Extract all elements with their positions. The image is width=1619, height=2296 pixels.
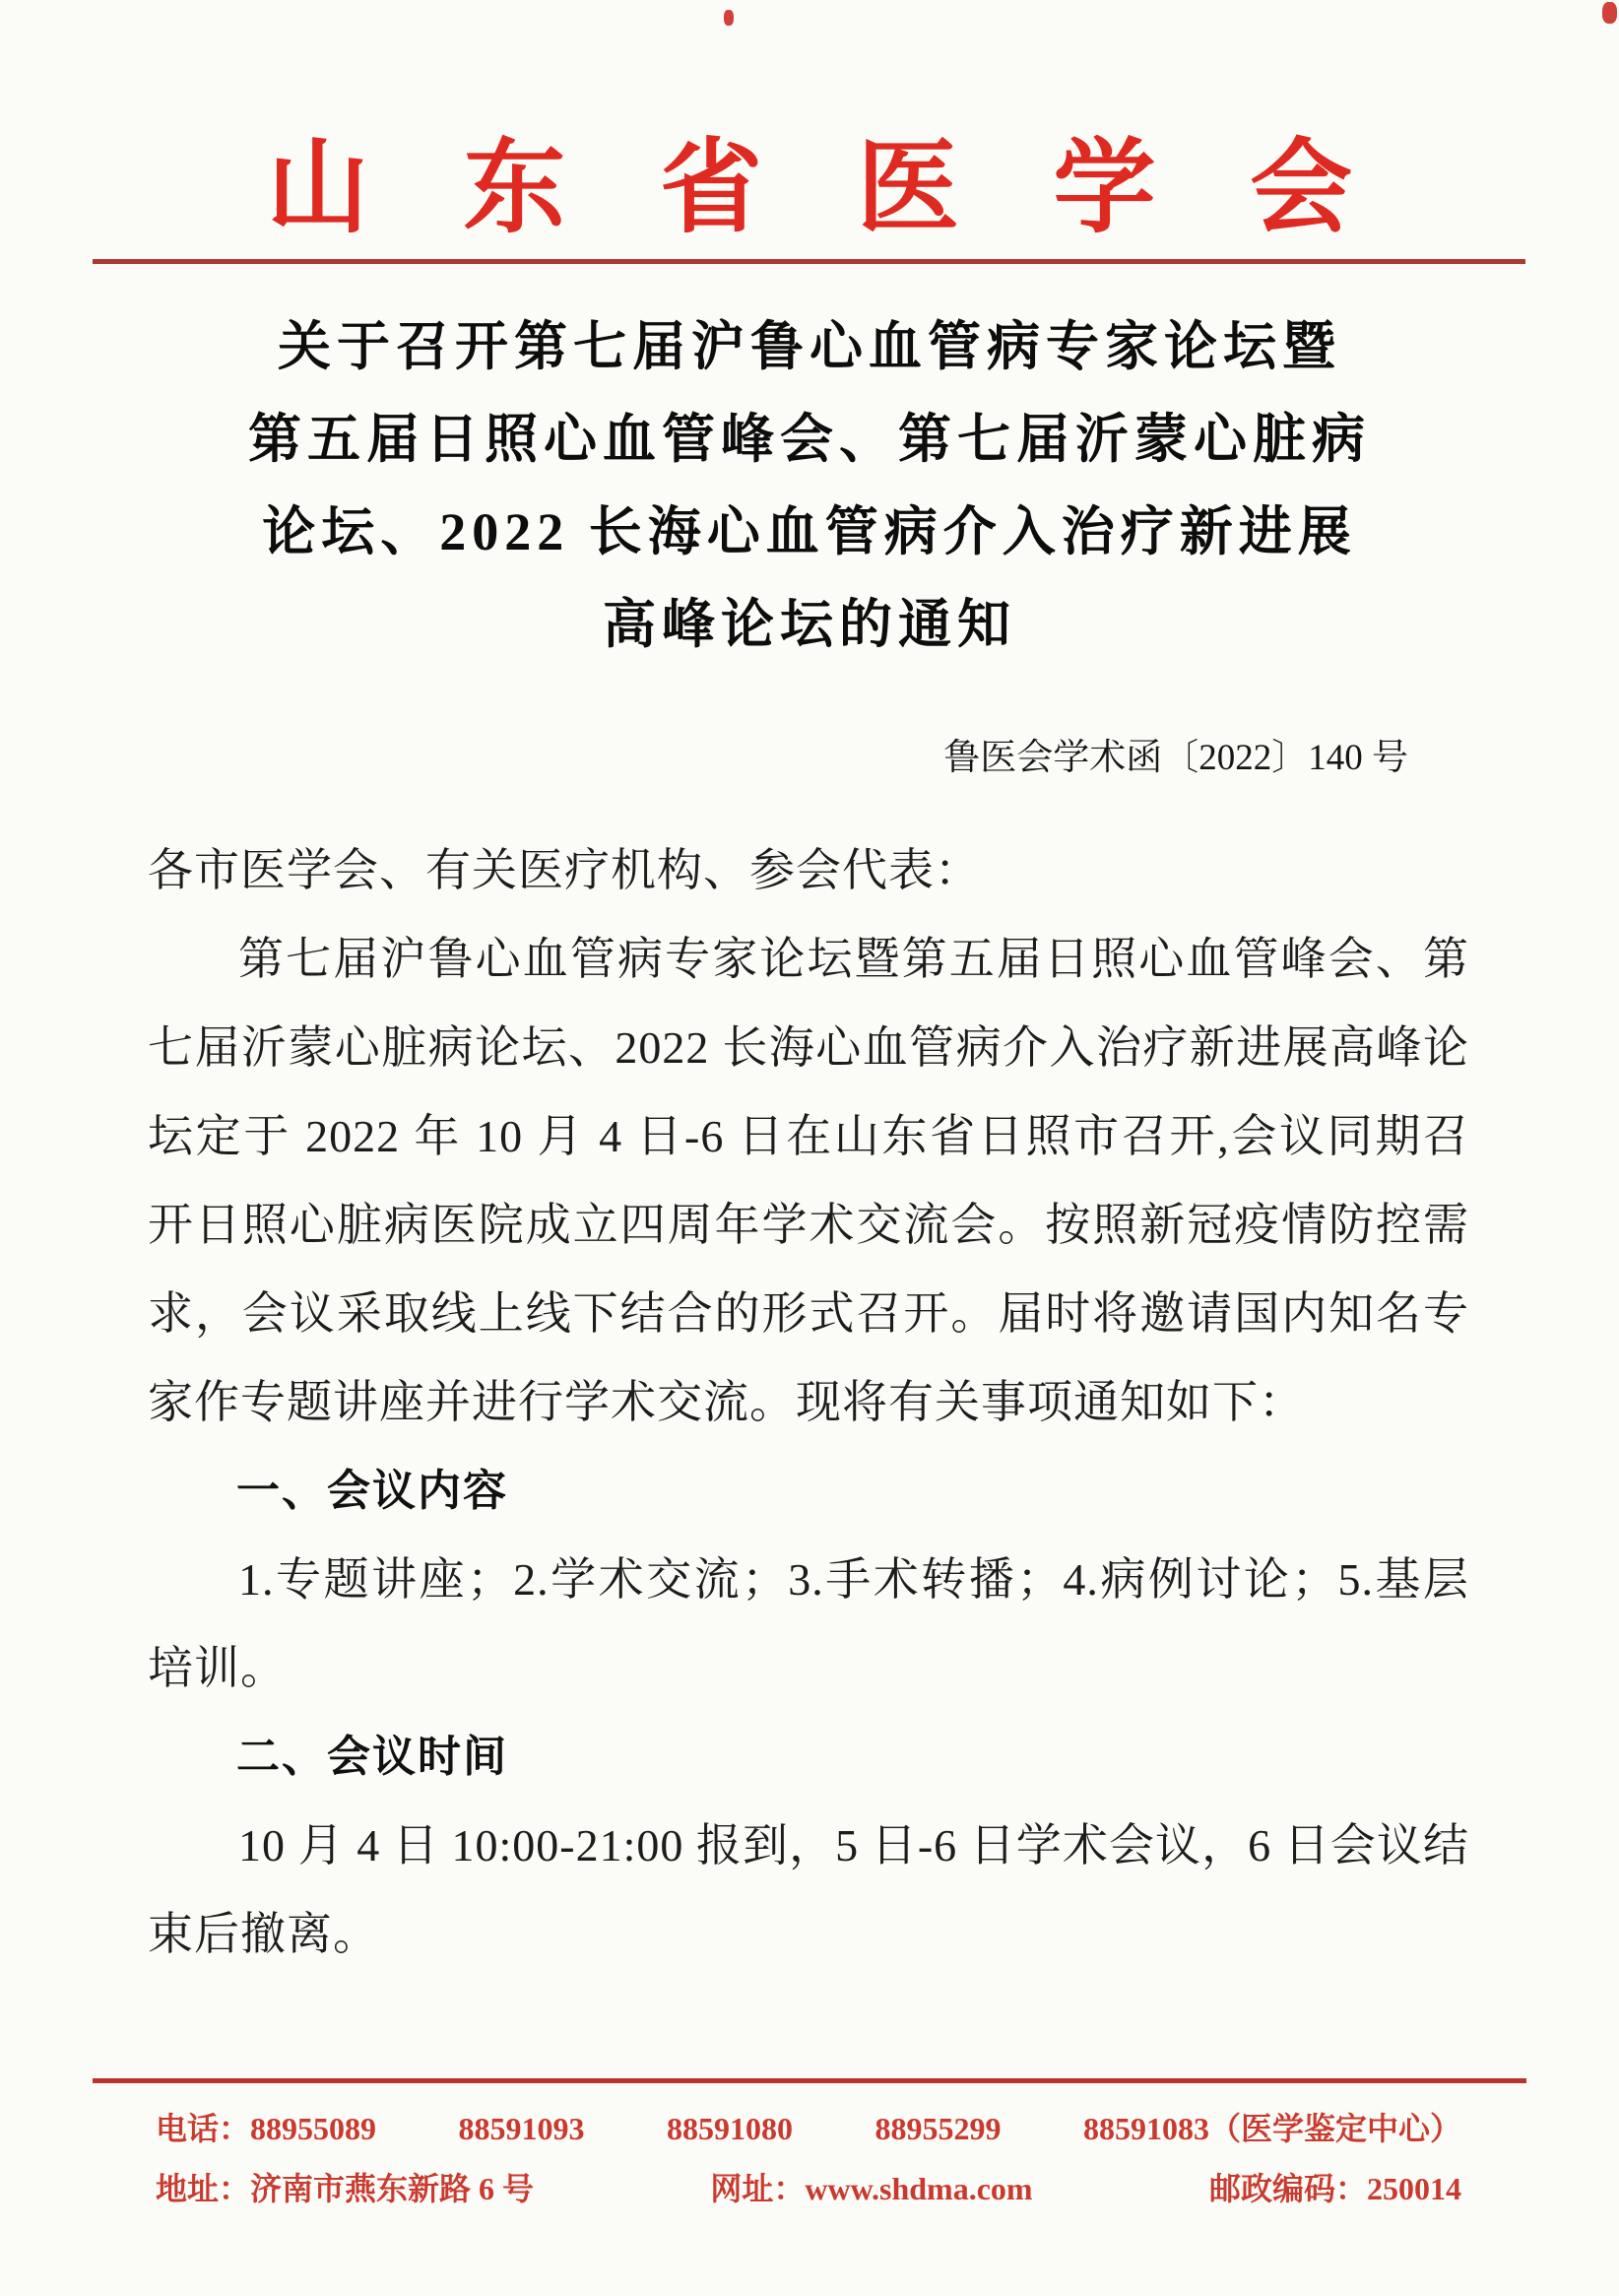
document-title: 关于召开第七届沪鲁心血管病专家论坛暨 第五届日照心血管峰会、第七届沂蒙心脏病 论… — [0, 300, 1619, 671]
title-line-4: 高峰论坛的通知 — [0, 578, 1619, 671]
section-heading-time: 二、会议时间 — [148, 1713, 1469, 1802]
scan-speck-icon — [724, 10, 734, 26]
organization-name: 山东省医学会 — [0, 0, 1619, 248]
footer-phone-4: 88955299 — [874, 2103, 1001, 2154]
footer-phone-5: 88591083（医学鉴定中心） — [1083, 2103, 1461, 2154]
scan-speck-icon — [1602, 2, 1617, 24]
letterhead-footer: 电话：88955089 88591093 88591080 88955299 8… — [0, 2078, 1619, 2214]
paragraph-meeting-time: 10 月 4 日 10:00-21:00 报到，5 日-6 日学术会议，6 日会… — [148, 1802, 1469, 1979]
footer-website: 网址：www.shdma.com — [710, 2163, 1032, 2214]
paragraph-contents-list: 1.专题讲座；2.学术交流；3.手术转播；4.病例讨论；5.基层培训。 — [148, 1536, 1469, 1713]
title-line-3: 论坛、2022 长海心血管病介入治疗新进展 — [0, 486, 1619, 578]
footer-address-row: 地址：济南市燕东新路 6 号 网址：www.shdma.com 邮政编码：250… — [156, 2163, 1461, 2214]
footer-phone-2: 88591093 — [459, 2103, 585, 2154]
paragraph-overview: 第七届沪鲁心血管病专家论坛暨第五届日照心血管峰会、第七届沂蒙心脏病论坛、2022… — [148, 915, 1469, 1447]
section-heading-contents: 一、会议内容 — [148, 1447, 1469, 1536]
footer-phone-3: 88591080 — [667, 2103, 793, 2154]
title-line-2: 第五届日照心血管峰会、第七届沂蒙心脏病 — [0, 393, 1619, 486]
footer-phone-label: 电话：88955089 — [156, 2103, 376, 2154]
document-number: 鲁医会学术函〔2022〕140 号 — [0, 731, 1619, 786]
footer-divider — [93, 2078, 1526, 2083]
footer-address: 地址：济南市燕东新路 6 号 — [156, 2163, 534, 2214]
title-line-1: 关于召开第七届沪鲁心血管病专家论坛暨 — [0, 300, 1619, 393]
document-body: 各市医学会、有关医疗机构、参会代表： 第七届沪鲁心血管病专家论坛暨第五届日照心血… — [148, 826, 1469, 1979]
footer-phone-row: 电话：88955089 88591093 88591080 88955299 8… — [156, 2103, 1461, 2154]
footer-postal-code: 邮政编码：250014 — [1209, 2163, 1461, 2214]
footer-contact-info: 电话：88955089 88591093 88591080 88955299 8… — [156, 2103, 1461, 2214]
notice-document-page: 山东省医学会 关于召开第七届沪鲁心血管病专家论坛暨 第五届日照心血管峰会、第七届… — [0, 0, 1619, 2296]
salutation: 各市医学会、有关医疗机构、参会代表： — [148, 826, 1469, 915]
letterhead-divider — [93, 259, 1525, 264]
